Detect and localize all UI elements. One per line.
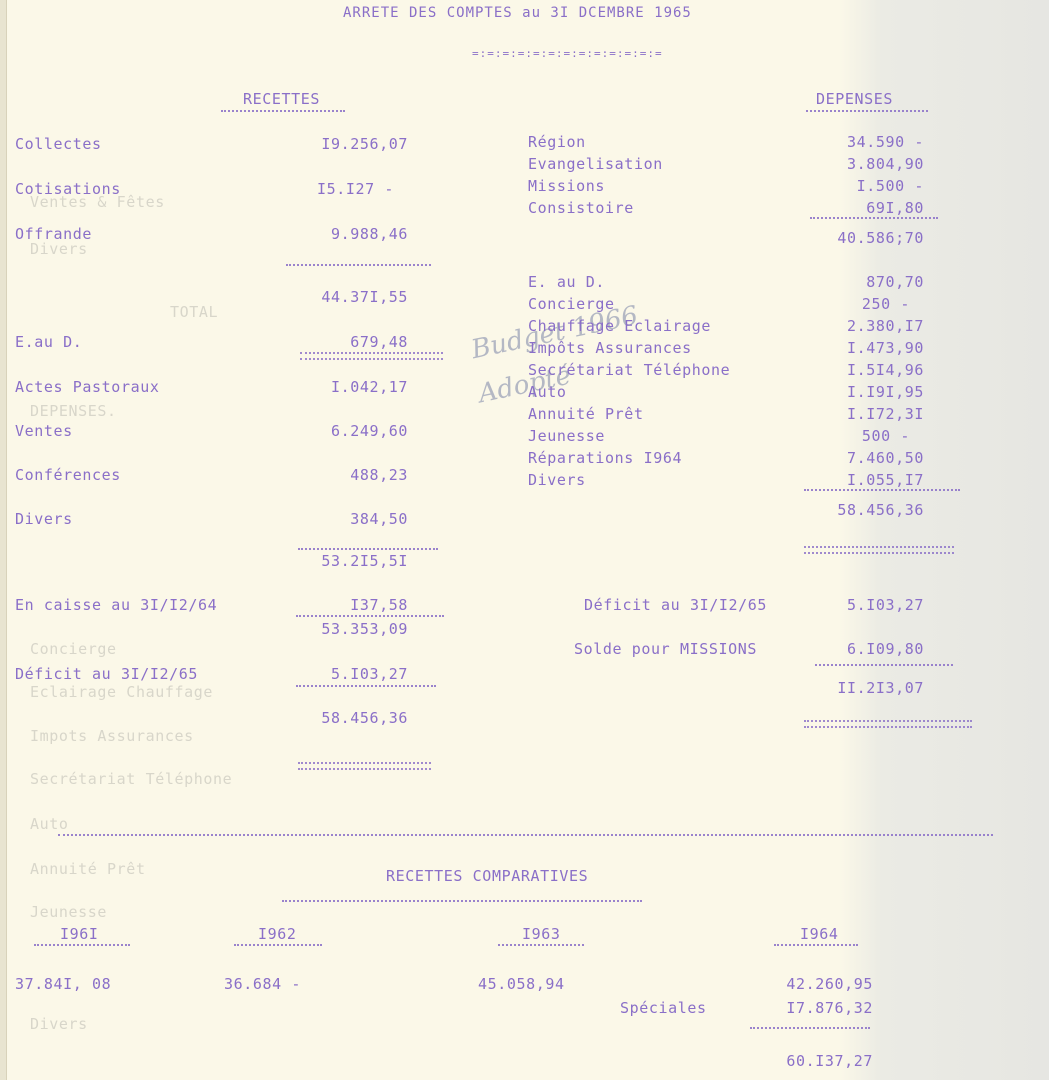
sum-rule	[296, 615, 444, 617]
depenses-label: Réparations I964	[528, 449, 682, 467]
double-rule	[300, 352, 443, 360]
year-amount: 37.84I, 08	[15, 975, 111, 993]
depenses-heading: DEPENSES	[816, 90, 893, 108]
recettes-heading: RECETTES	[243, 90, 320, 108]
depenses-amount: 500 -	[800, 427, 910, 445]
speciales-label: Spéciales	[620, 999, 707, 1017]
depenses-amount: 3.804,90	[800, 155, 924, 173]
depenses-label: Région	[528, 133, 586, 151]
depenses-amount: 34.590 -	[800, 133, 924, 151]
speciales-amount: I7.876,32	[760, 999, 873, 1017]
heading-underline	[221, 110, 345, 112]
recettes-subtotal-2: 53.2I5,5I	[280, 552, 408, 570]
year-label: I964	[800, 925, 839, 943]
document-page: Ventes & Fêtes Divers TOTAL DEPENSES. Co…	[0, 0, 1049, 1080]
comparatives-heading: RECETTES COMPARATIVES	[386, 867, 588, 885]
en-caisse-amount: I37,58	[280, 596, 408, 614]
depenses-amount: I.I72,3I	[800, 405, 924, 423]
bleed-through-text: Impots Assurances	[30, 727, 194, 745]
depenses-label: Divers	[528, 471, 586, 489]
depenses-amount: I.I9I,95	[800, 383, 924, 401]
recettes-amount: 488,23	[280, 466, 408, 484]
double-rule	[804, 720, 972, 728]
double-rule	[804, 546, 954, 554]
depenses-amount: 2.380,I7	[800, 317, 924, 335]
year-amount: 36.684 -	[224, 975, 301, 993]
recettes-subtotal-1: 44.37I,55	[280, 288, 408, 306]
bleed-through-text: Eclairage Chauffage	[30, 683, 213, 701]
sum-rule	[810, 217, 938, 219]
depenses-subtotal-1: 40.586;70	[800, 229, 924, 247]
recettes-label: Cotisations	[15, 180, 121, 198]
year-label: I962	[258, 925, 297, 943]
recettes-amount: I9.256,07	[280, 135, 408, 153]
depenses-label: Jeunesse	[528, 427, 605, 445]
solde-missions-amount: 6.I09,80	[800, 640, 924, 658]
recettes-amount: 6.249,60	[280, 422, 408, 440]
recettes-label: Actes Pastoraux	[15, 378, 159, 396]
recettes-label: Divers	[15, 510, 73, 528]
bleed-through-text: Jeunesse	[30, 903, 107, 921]
year-label: I963	[522, 925, 561, 943]
recettes-total: 58.456,36	[280, 709, 408, 727]
sum-rule	[298, 548, 438, 550]
depenses-amount: I.500 -	[800, 177, 924, 195]
year-underline	[234, 944, 322, 946]
year-amount: 45.058,94	[478, 975, 565, 993]
solde-missions-label: Solde pour MISSIONS	[574, 640, 757, 658]
page-edge	[0, 0, 7, 1080]
year-underline	[498, 944, 584, 946]
depenses-label: Consistoire	[528, 199, 634, 217]
page-title: ARRETE DES COMPTES au 3I DCEMBRE 1965	[343, 5, 692, 21]
depenses-amount: 7.460,50	[800, 449, 924, 467]
bleed-through-text: Secrétariat Téléphone	[30, 770, 232, 788]
depenses-label: Annuité Prêt	[528, 405, 644, 423]
depenses-label: E. au D.	[528, 273, 605, 291]
comparatives-total-1964: 60.I37,27	[760, 1052, 873, 1070]
sum-rule	[815, 664, 953, 666]
sum-rule	[296, 685, 436, 687]
deficit-label: Déficit au 3I/I2/65	[15, 665, 198, 683]
recettes-label: Ventes	[15, 422, 73, 440]
bleed-through-text: Annuité Prêt	[30, 860, 146, 878]
depenses-total-2: II.2I3,07	[800, 679, 924, 697]
depenses-total: 58.456,36	[800, 501, 924, 519]
depenses-label: Concierge	[528, 295, 615, 313]
recettes-amount: 384,50	[280, 510, 408, 528]
bleed-through-text: Auto	[30, 815, 69, 833]
sum-rule	[804, 489, 960, 491]
year-underline	[774, 944, 858, 946]
sum-rule	[286, 264, 431, 266]
depenses-label: Secrétariat Téléphone	[528, 361, 730, 379]
depenses-label: Missions	[528, 177, 605, 195]
year-underline	[34, 944, 130, 946]
recettes-label: Conférences	[15, 466, 121, 484]
double-rule	[298, 762, 431, 770]
depenses-amount: 250 -	[800, 295, 910, 313]
recettes-label: E.au D.	[15, 333, 82, 351]
depenses-deficit-label: Déficit au 3I/I2/65	[584, 596, 767, 614]
heading-underline	[806, 110, 928, 112]
depenses-amount: I.055,I7	[800, 471, 924, 489]
depenses-amount: I.473,90	[800, 339, 924, 357]
recettes-label: Collectes	[15, 135, 102, 153]
depenses-label: Chauffage Eclairage	[528, 317, 711, 335]
recettes-amount: 679,48	[280, 333, 408, 351]
title-separator: =:=:=:=:=:=:=:=:=:=:=:=:=	[472, 47, 663, 60]
recettes-amount: I5.I27 -	[280, 180, 394, 198]
depenses-label: Evangelisation	[528, 155, 663, 173]
bleed-through-text: DEPENSES.	[30, 402, 117, 420]
depenses-amount: 870,70	[800, 273, 924, 291]
depenses-amount: I.5I4,96	[800, 361, 924, 379]
heading-underline	[282, 900, 642, 902]
depenses-label: Impôts Assurances	[528, 339, 692, 357]
bleed-through-text: TOTAL	[170, 303, 218, 321]
year-label: I96I	[60, 925, 99, 943]
depenses-label: Auto	[528, 383, 567, 401]
deficit-amount: 5.I03,27	[280, 665, 408, 683]
section-divider	[58, 834, 993, 836]
recettes-amount: 9.988,46	[280, 225, 408, 243]
recettes-subtotal-3: 53.353,09	[280, 620, 408, 638]
en-caisse-label: En caisse au 3I/I2/64	[15, 596, 217, 614]
sum-rule	[750, 1027, 870, 1029]
bleed-through-text: Divers	[30, 1015, 88, 1033]
year-amount: 42.260,95	[760, 975, 873, 993]
recettes-label: Offrande	[15, 225, 92, 243]
depenses-amount: 69I,80	[800, 199, 924, 217]
depenses-deficit-amount: 5.I03,27	[800, 596, 924, 614]
bleed-through-text: Concierge	[30, 640, 117, 658]
recettes-amount: I.042,17	[280, 378, 408, 396]
